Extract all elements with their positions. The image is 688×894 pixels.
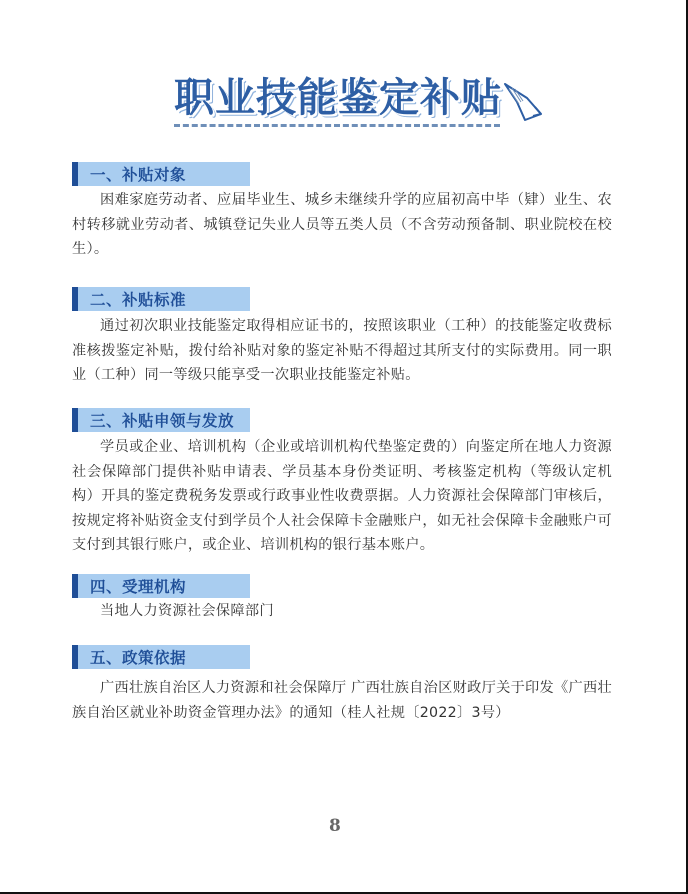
section-body-subsidy-standard: 通过初次职业技能鉴定取得相应证书的，按照该职业（工种）的技能鉴定收费标准核拨鉴定… xyxy=(72,314,612,388)
section-body-subsidy-recipients: 困难家庭劳动者、应届毕业生、城乡未继续升学的应届初高中毕（肄）业生、农村转移就业… xyxy=(72,188,612,262)
section-heading: 五、政策依据 xyxy=(90,646,186,668)
page-number: 8 xyxy=(329,816,341,836)
title-dashed-underline xyxy=(174,124,500,127)
section-heading: 二、补贴标准 xyxy=(90,288,186,310)
section-heading: 三、补贴申领与发放 xyxy=(90,409,234,431)
section-body-handling-agency: 当地人力资源社会保障部门 xyxy=(72,599,612,624)
section-header-application-payment: 三、补贴申领与发放 xyxy=(72,408,250,432)
section-header-policy-basis: 五、政策依据 xyxy=(72,645,250,669)
section-header-subsidy-recipients: 一、补贴对象 xyxy=(72,162,250,186)
section-heading: 四、受理机构 xyxy=(90,575,186,597)
section-header-subsidy-standard: 二、补贴标准 xyxy=(72,287,250,311)
paper-plane-arrow-icon xyxy=(501,80,547,124)
section-body-policy-basis: 广西壮族自治区人力资源和社会保障厅 广西壮族自治区财政厅关于印发《广西壮族自治区… xyxy=(72,676,612,725)
section-body-application-payment: 学员或企业、培训机构（企业或培训机构代垫鉴定费的）向鉴定所在地人力资源社会保障部… xyxy=(72,435,612,558)
page-title: 职业技能鉴定补贴 xyxy=(174,74,502,122)
section-header-handling-agency: 四、受理机构 xyxy=(72,574,250,598)
section-heading: 一、补贴对象 xyxy=(90,163,186,185)
page-title-banner: 职业技能鉴定补贴 xyxy=(168,74,548,134)
document-page: 职业技能鉴定补贴 一、补贴对象 困难家庭劳动者、应届毕业生、城乡未继续升学的应届… xyxy=(0,0,688,894)
